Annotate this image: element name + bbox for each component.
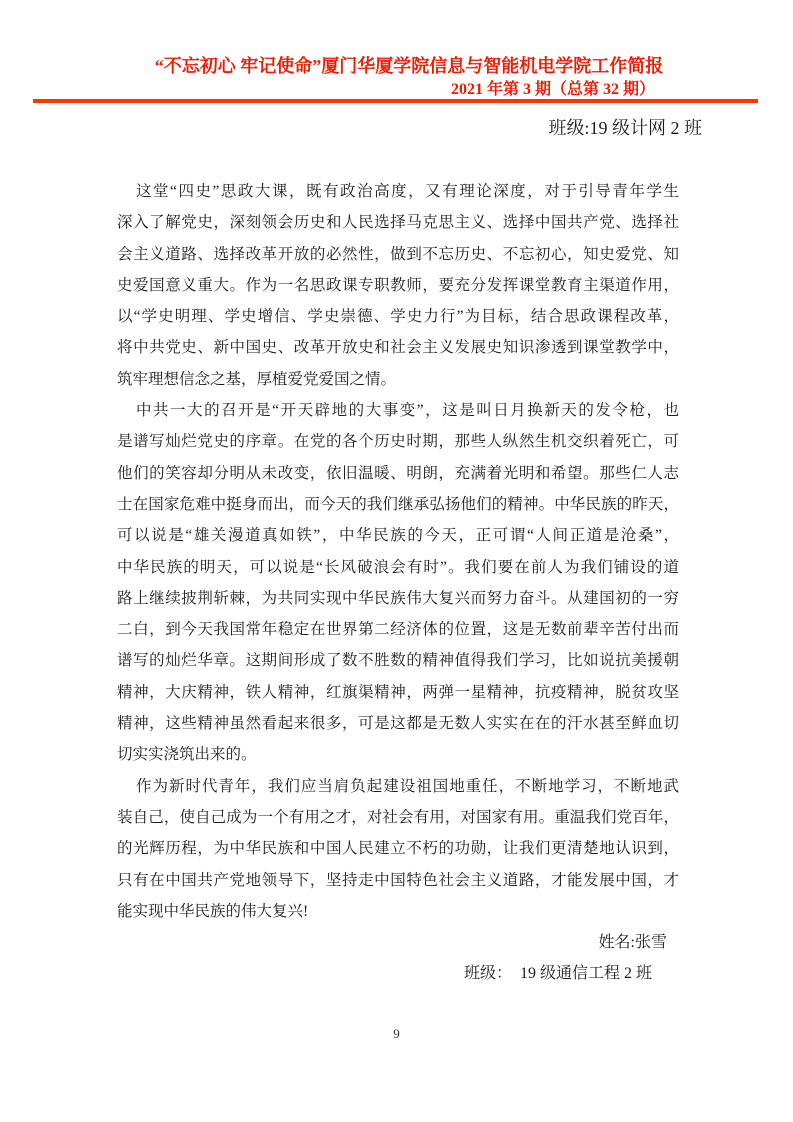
body-line: 筑牢理想信念之基，厚植爱党爱国之情。 — [117, 364, 679, 395]
signature-class: 班级： 19 级通信工程 2 班 — [117, 958, 679, 989]
document-body: 这堂“四史”思政大课，既有政治高度，又有理论深度，对于引导青年学生深入了解党史，… — [117, 176, 679, 990]
class-label-top: 班级:19 级计网 2 班 — [548, 115, 702, 141]
body-line: 的光辉历程，为中华民族和中国人民建立不朽的功勋，让我们更清楚地认识到， — [117, 833, 679, 864]
body-line: 中华民族的明天，可以说是“长风破浪会有时”。我们要在前人为我们铺设的道 — [117, 552, 679, 583]
bulletin-issue-number: 2021 年第 3 期（总第 32 期） — [451, 80, 655, 100]
body-line: 士在国家危难中挺身而出，而今天的我们继承弘扬他们的精神。中华民族的昨天， — [117, 489, 679, 520]
body-line: 这堂“四史”思政大课，既有政治高度，又有理论深度，对于引导青年学生 — [117, 176, 679, 207]
body-line: 谱写的灿烂华章。这期间形成了数不胜数的精神值得我们学习，比如说抗美援朝 — [117, 645, 679, 676]
body-line: 精神，这些精神虽然看起来很多，可是这都是无数人实实在在的汗水甚至鲜血切 — [117, 708, 679, 739]
body-line: 会主义道路、选择改革开放的必然性，做到不忘历史、不忘初心，知史爱党、知 — [117, 239, 679, 270]
body-line: 深入了解党史，深刻领会历史和人民选择马克思主义、选择中国共产党、选择社 — [117, 207, 679, 238]
body-line: 将中共党史、新中国史、改革开放史和社会主义发展史知识渗透到课堂教学中， — [117, 332, 679, 363]
body-line: 二白，到今天我国常年稳定在世界第二经济体的位置，这是无数前辈辛苦付出而 — [117, 614, 679, 645]
body-line: 路上继续披荆斩棘，为共同实现中华民族伟大复兴而努力奋斗。从建国初的一穷 — [117, 583, 679, 614]
body-line: 作为新时代青年，我们应当肩负起建设祖国地重任，不断地学习，不断地武 — [117, 771, 679, 802]
bulletin-title: “不忘初心 牢记使命”厦门华厦学院信息与智能机电学院工作简报 — [117, 54, 679, 78]
body-line: 装自己，使自己成为一个有用之才，对社会有用，对国家有用。重温我们党百年， — [117, 802, 679, 833]
body-line: 以“学史明理、学史增信、学史崇德、学史力行”为目标，结合思政课程改革， — [117, 301, 679, 332]
body-line: 史爱国意义重大。作为一名思政课专职教师，要充分发挥课堂教育主渠道作用， — [117, 270, 679, 301]
body-line: 可以说是“雄关漫道真如铁”，中华民族的今天，正可谓“人间正道是沧桑”， — [117, 520, 679, 551]
body-line: 精神，大庆精神，铁人精神，红旗渠精神，两弹一星精神，抗疫精神，脱贫攻坚 — [117, 677, 679, 708]
header-rule-divider — [33, 99, 758, 103]
document-page: “不忘初心 牢记使命”厦门华厦学院信息与智能机电学院工作简报 2021 年第 3… — [0, 0, 793, 1122]
body-line: 能实现中华民族的伟大复兴! — [117, 896, 679, 927]
body-line: 是谱写灿烂党史的序章。在党的各个历史时期，那些人纵然生机交织着死亡，可 — [117, 426, 679, 457]
signature-name: 姓名:张雪 — [117, 927, 679, 958]
body-line: 切实实浇筑出来的。 — [117, 739, 679, 770]
page-number: 9 — [0, 1026, 793, 1042]
body-line: 中共一大的召开是“开天辟地的大事变”，这是叫日月换新天的发令枪，也 — [117, 395, 679, 426]
body-line: 只有在中国共产党地领导下，坚持走中国特色社会主义道路，才能发展中国，才 — [117, 865, 679, 896]
body-line: 他们的笑容却分明从未改变，依旧温暖、明朗，充满着光明和希望。那些仁人志 — [117, 458, 679, 489]
